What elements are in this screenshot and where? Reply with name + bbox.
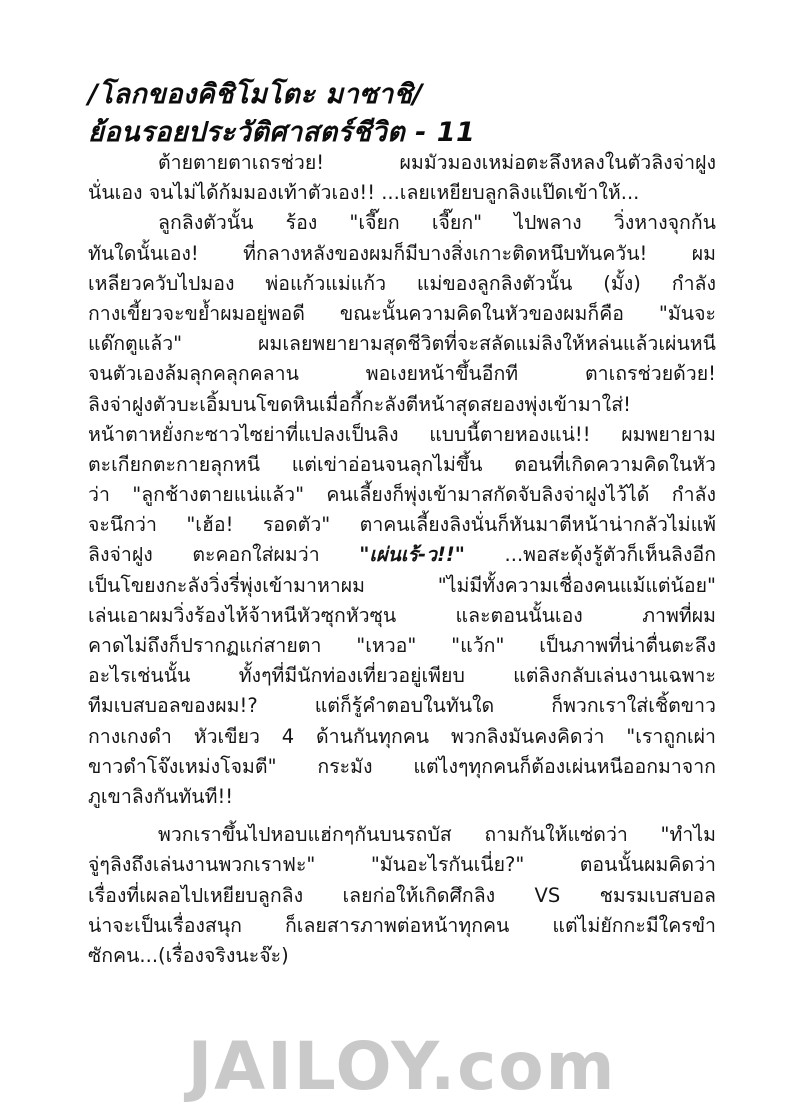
text-line: อะไรเช่นนั้น ทั้งๆที่มีนักท่องเที่ยวอยู่…	[88, 661, 716, 691]
text-line: ลิงจ่าฝูงตัวบะเอิ้มบนโขดหินเมื่อกี้กะลัง…	[88, 390, 716, 420]
text-line: ซักคน...(เรื่องจริงนะจ๊ะ)	[88, 941, 716, 971]
text-line: คาดไม่ถึงก็ปรากฏแก่สายตา "เหวอ" "แว้ก" เ…	[88, 631, 716, 661]
chapter-title: /โลกของคิชิโมโตะ มาซาชิ/	[88, 72, 728, 115]
text-line: ภูเขาลิงกันทันที!!	[88, 782, 716, 812]
text-line: หน้าตาหยั่งกะซาวไซย่าที่แปลงเป็นลิง แบบน…	[88, 420, 716, 450]
text-line: เล่นเอาผมวิ่งร้องไห้จ้าหนีหัวซุกหัวซุน แ…	[88, 601, 716, 631]
text-line: ขาวดำโจ๊งเหม่งโจมตี" กระมัง แต่ไงๆทุกคนก…	[88, 752, 716, 782]
paragraph-gap	[88, 812, 716, 820]
text-line: ทันใดนั้นเอง! ที่กลางหลังของผมก็มีบางสิ่…	[88, 239, 716, 269]
text-segment: ...พอสะดุ้งรู้ตัวก็เห็นลิงอีก	[505, 543, 716, 566]
text-line: กางเขี้ยวจะขย้ำผมอยู่พอดี ขณะนั้นความคิด…	[88, 299, 716, 329]
text-line: แด๊กตูแล้ว" ผมเลยพยายามสุดชีวิตที่จะสลัด…	[88, 329, 716, 359]
book-page: /โลกของคิชิโมโตะ มาซาชิ/ ย้อนรอยประวัติศ…	[0, 0, 786, 1111]
text-line: ตะเกียกตะกายลุกหนี แต่เข่าอ่อนจนลุกไม่ขึ…	[88, 450, 716, 480]
text-line: จนตัวเองล้มลุกคลุกคลาน พอเงยหน้าขึ้นอีกท…	[88, 359, 716, 389]
text-line: นั่นเอง จนไม่ได้ก้มมองเท้าตัวเอง!! ...เล…	[88, 178, 716, 208]
watermark: JAILOY.com	[182, 1028, 622, 1105]
text-line: ทีมเบสบอลของผม!? แต่ก็รู้คำตอบในทันใด ก็…	[88, 691, 716, 721]
text-line: กางเกงดำ หัวเขียว 4 ด้านกันทุกคน พวกลิงม…	[88, 722, 716, 752]
text-line: ว่า "ลูกช้างตายแน่แล้ว" คนเลี้ยงก็พุ่งเข…	[88, 480, 716, 510]
text-segment: ลิงจ่าฝูง ตะคอกใส่ผมว่า	[88, 543, 320, 566]
text-line: เป็นโขยงกะลังวิ่งรี่พุ่งเข้ามาหาผม "ไม่ม…	[88, 571, 716, 601]
shout-emphasis: "เผ่นเร้-ว!!"	[359, 543, 465, 566]
text-line: เรื่องที่เผลอไปเหยียบลูกลิง เลยก่อให้เกิ…	[88, 881, 716, 911]
text-line-emphasis: ลิงจ่าฝูง ตะคอกใส่ผมว่า "เผ่นเร้-ว!!" ..…	[88, 540, 716, 570]
text-line: น่าจะเป็นเรื่องสนุก ก็เลยสารภาพต่อหน้าทุ…	[88, 911, 716, 941]
text-line: เหลียวควับไปมอง พ่อแก้วแม่แก้ว แม่ของลูก…	[88, 269, 716, 299]
page-body: ต้ายตายตาเถรช่วย! ผมมัวมองเหม่อตะลึงหลงใ…	[88, 148, 716, 971]
text-line: ต้ายตายตาเถรช่วย! ผมมัวมองเหม่อตะลึงหลงใ…	[88, 148, 716, 178]
chapter-subtitle: ย้อนรอยประวัติศาสตร์ชีวิต - 11	[88, 110, 728, 153]
text-line: พวกเราขึ้นไปหอบแฮ่กๆกันบนรถบัส ถามกันให้…	[88, 820, 716, 850]
text-line: จะนึกว่า "เฮ้อ! รอดตัว" ตาคนเลี้ยงลิงนั่…	[88, 510, 716, 540]
text-line: ลูกลิงตัวนั้น ร้อง "เจี๊ยก เจี๊ยก" ไปพลา…	[88, 208, 716, 238]
text-line: จู่ๆลิงถึงเล่นงานพวกเราฟะ" "มันอะไรกันเน…	[88, 850, 716, 880]
